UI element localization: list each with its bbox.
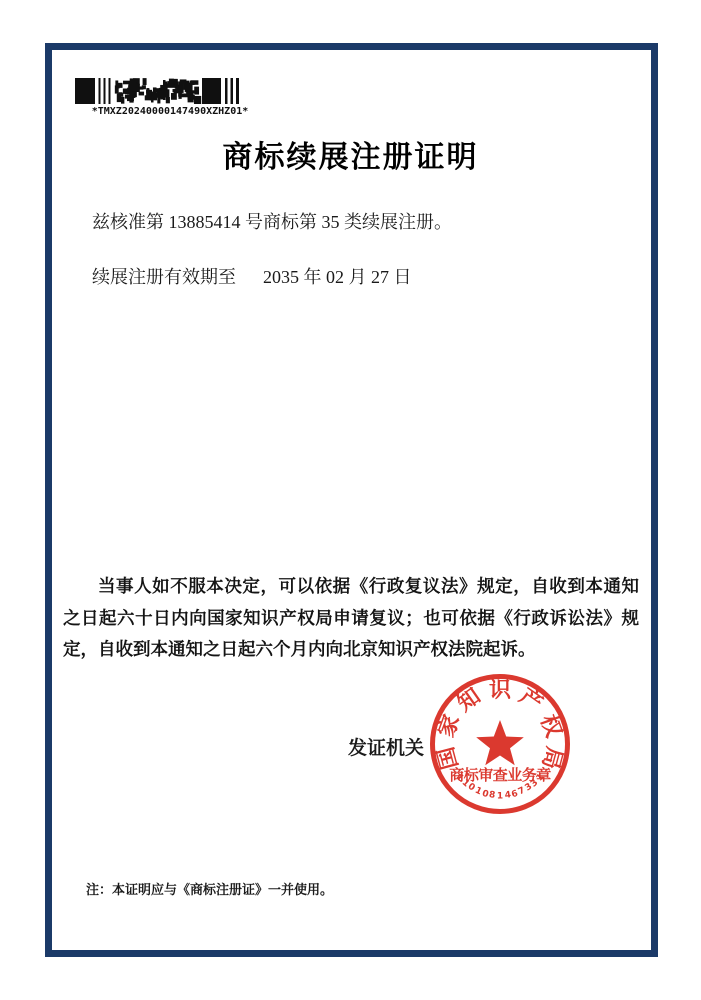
certificate-title: 商标续展注册证明 <box>0 132 701 176</box>
validity-line: 续展注册有效期至2035 年 02 月 27 日 <box>92 263 412 289</box>
seal-banner-text: 商标审查业务章 <box>430 769 570 784</box>
appeal-notice: 当事人如不服本决定，可以依据《行政复议法》规定，自收到本通知之日起六十日内向国家… <box>63 571 639 666</box>
validity-label: 续展注册有效期至 <box>92 267 236 287</box>
barcode-text: *TMXZ20240000147490XZHZ01* <box>75 106 265 117</box>
usage-note: 注：本证明应与《商标注册证》一并使用。 <box>86 879 333 898</box>
official-seal: 国家知识产权局 商标审查业务章 1101081467331 <box>430 674 570 814</box>
red-star-icon <box>470 715 530 775</box>
issuer-label: 发证机关 <box>348 733 424 760</box>
certificate-border <box>45 43 658 957</box>
certificate-page: *TMXZ20240000147490XZHZ01* 商标续展注册证明 兹核准第… <box>0 0 701 1000</box>
barcode-icon <box>75 78 240 104</box>
validity-date: 2035 年 02 月 27 日 <box>263 267 412 287</box>
approval-line: 兹核准第 13885414 号商标第 35 类续展注册。 <box>92 208 452 234</box>
